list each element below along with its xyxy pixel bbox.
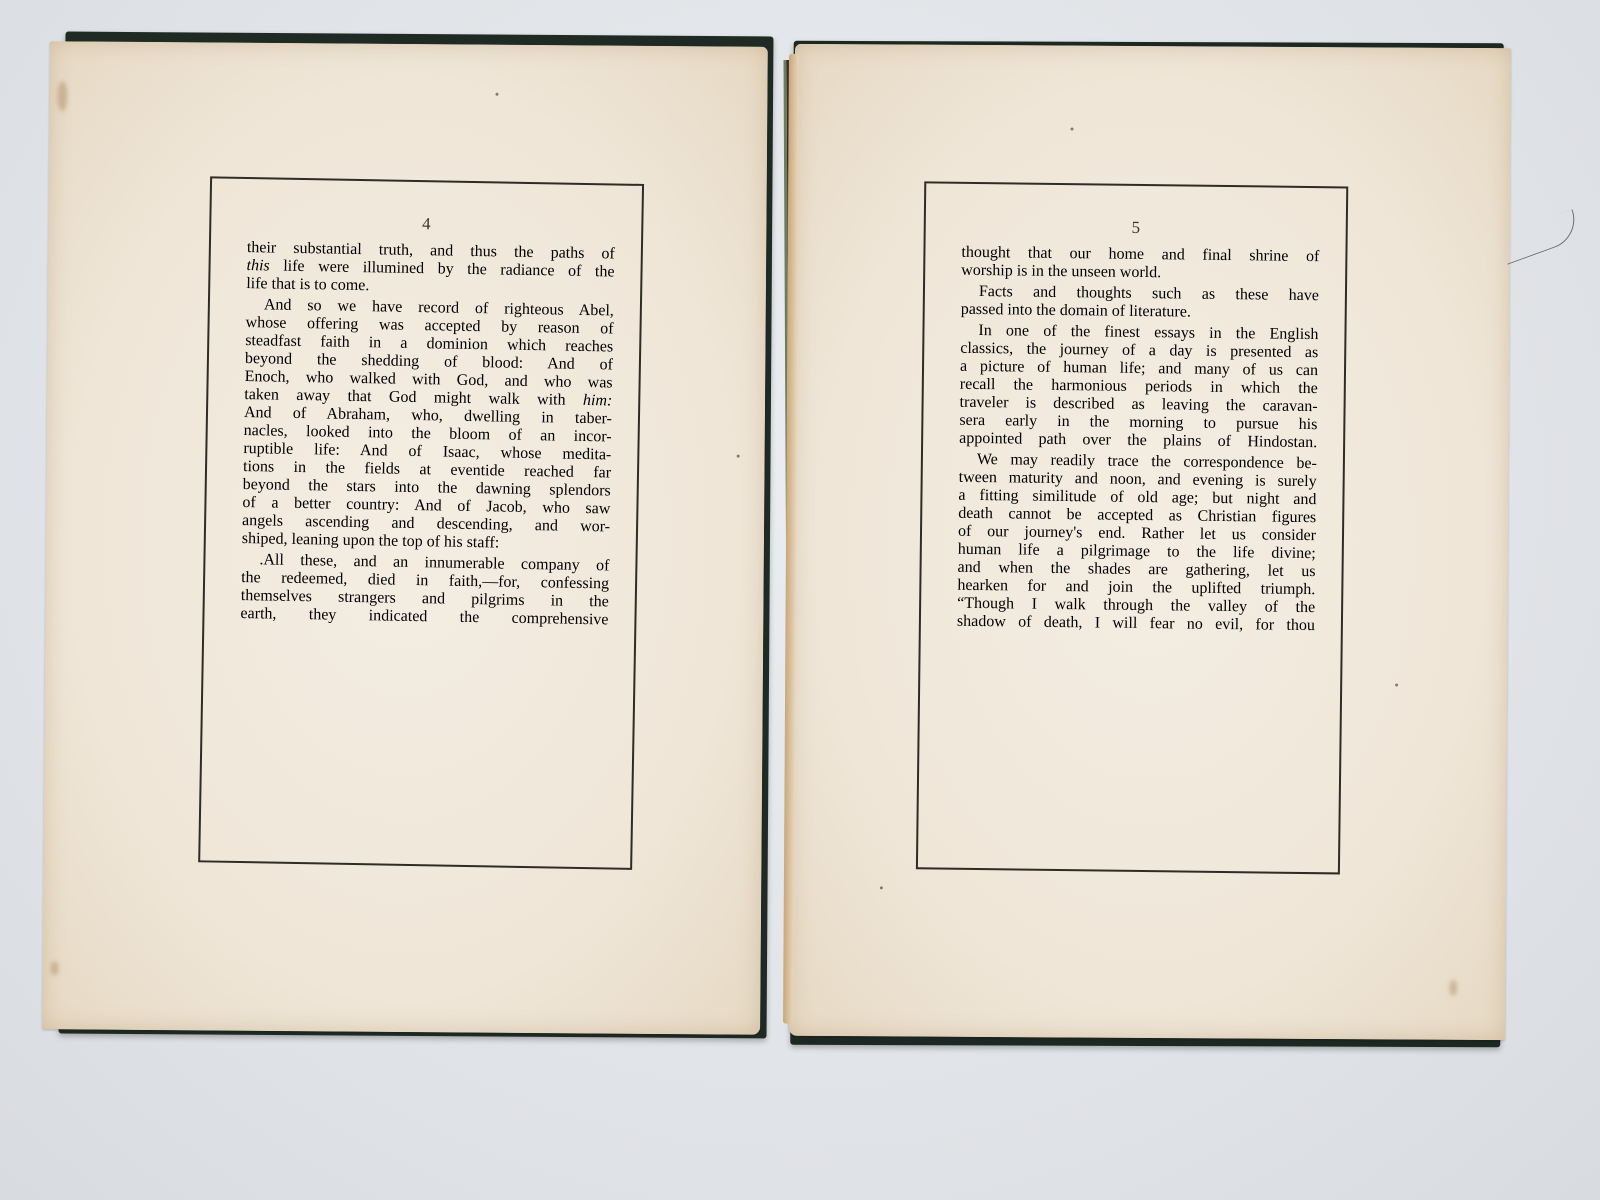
italic-word: this: [246, 257, 269, 274]
text-line: shadow of death, I will fear no evil, fo…: [957, 613, 1315, 635]
page-text-right: thought that our home and final shrine o…: [957, 244, 1320, 635]
foxing-stain: [1449, 980, 1457, 996]
text-frame-right: 5 thought that our home and final shrine…: [916, 181, 1348, 874]
foxing-stain: [57, 81, 67, 111]
paper-speck: [737, 455, 740, 458]
page-text-left: their substantial truth, and thus the pa…: [240, 239, 615, 629]
italic-word: him:: [583, 392, 613, 410]
left-page: 4 their substantial truth, and thus the …: [42, 41, 768, 1035]
paper-speck: [1071, 128, 1074, 131]
foxing-stain: [51, 961, 59, 975]
page-number: 4: [237, 211, 615, 238]
paper-speck: [880, 886, 883, 889]
text-frame-left: 4 their substantial truth, and thus the …: [198, 176, 644, 869]
page-number: 5: [952, 216, 1320, 240]
paper-speck: [1395, 684, 1398, 687]
right-page: 5 thought that our home and final shrine…: [789, 44, 1511, 1040]
stray-hair: [1497, 209, 1582, 265]
text-line: appointed path over the plains of Hindos…: [959, 430, 1317, 452]
paper-speck: [495, 93, 498, 96]
photo-scene: 4 their substantial truth, and thus the …: [0, 0, 1600, 1200]
